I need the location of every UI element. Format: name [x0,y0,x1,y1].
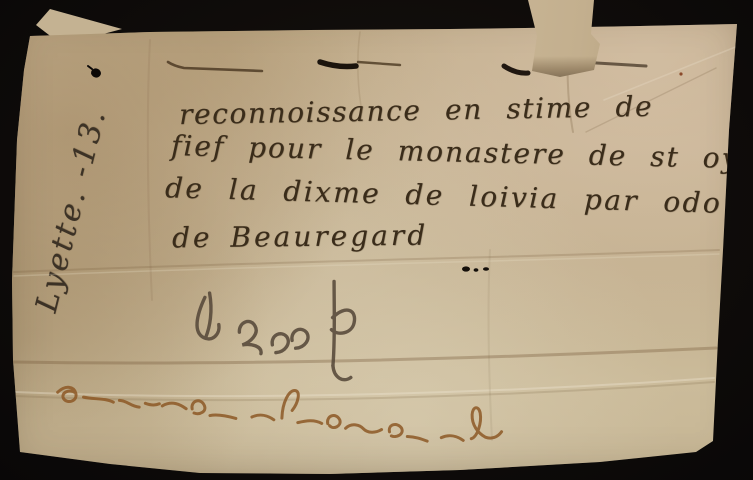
parchment-hole [88,66,102,79]
charter-text-line-2: fief pour le monastere de st oyan [171,129,753,176]
charter-text-line-1: reconnoissance en stime de [179,90,654,131]
shelfmark-vertical: Lyette. -13. [29,105,113,316]
inverted-center-inscription [195,280,359,390]
ink-spatter [462,266,489,271]
inverted-dorsal-inscription [56,382,502,444]
parchment-charter: Lyette. -13. reconnoissance en stime de … [0,0,753,480]
photo-background: Lyette. -13. reconnoissance en stime de … [0,0,753,480]
red-speck [679,72,682,75]
charter-text-line-3: de la dixme de loivia par odo [165,171,723,220]
charter-text-line-4: de Beauregard [172,219,428,255]
